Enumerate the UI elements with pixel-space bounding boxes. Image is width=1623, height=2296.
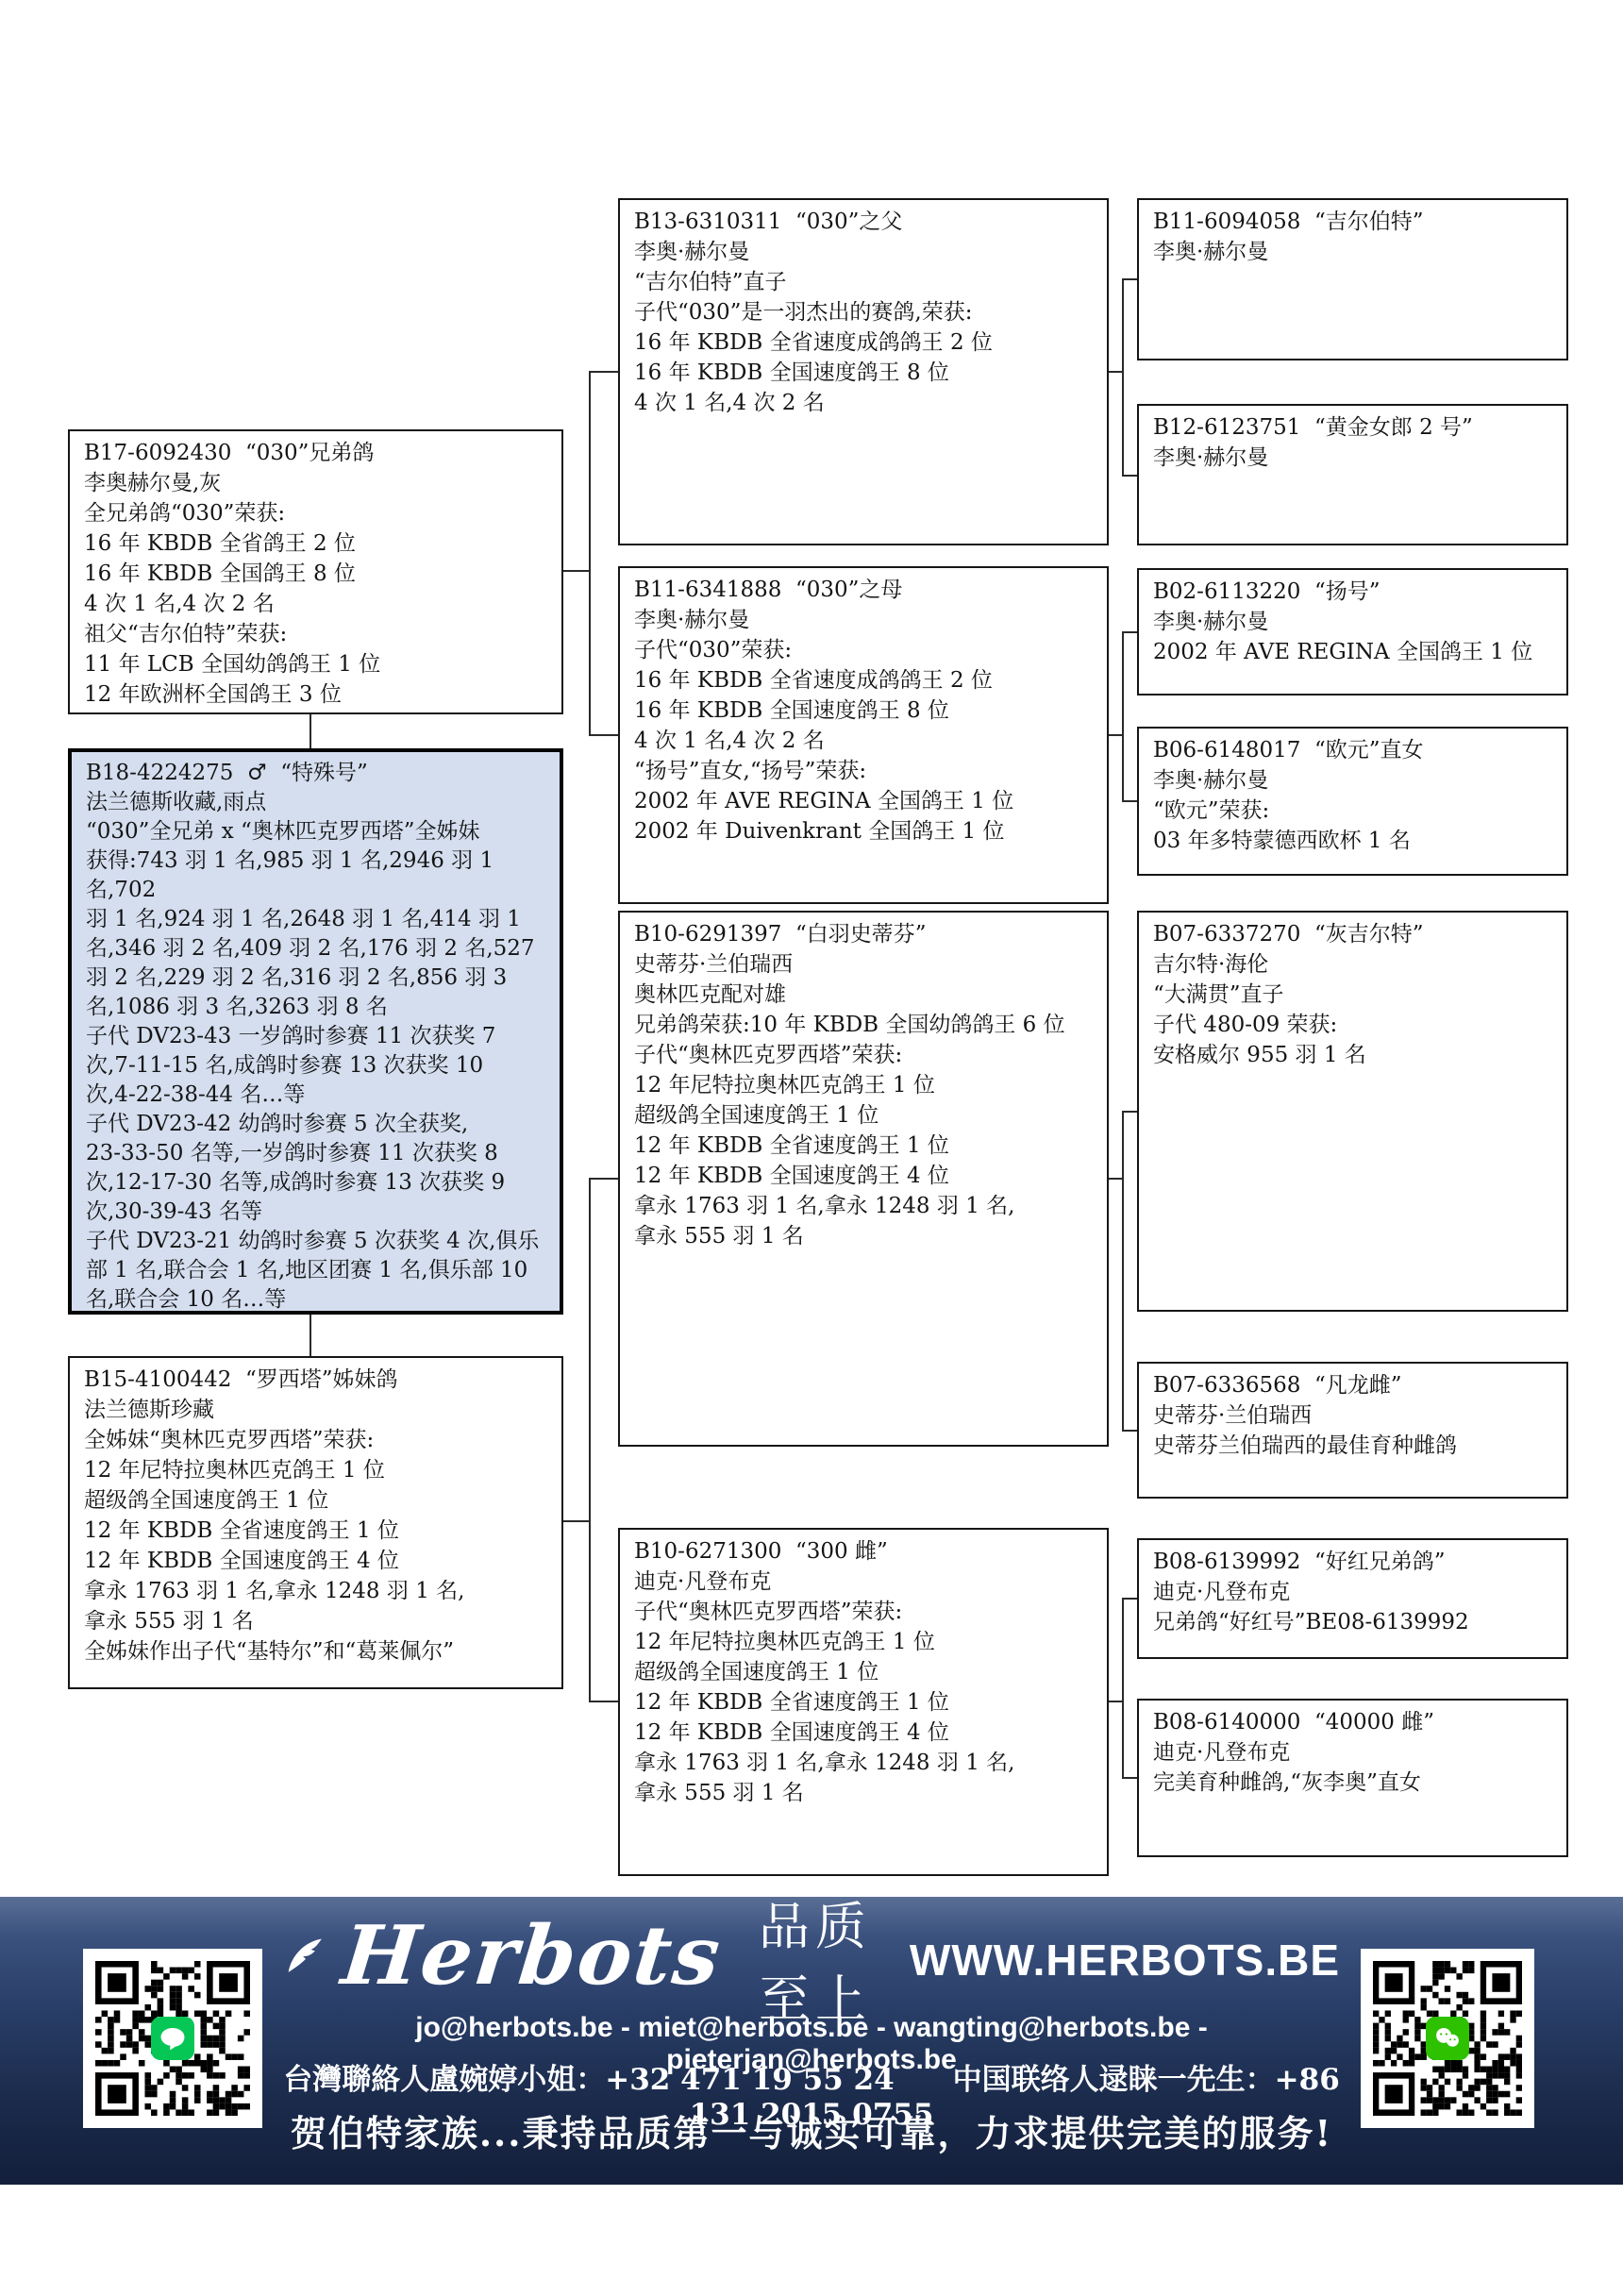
connector-line — [562, 570, 591, 572]
connector-line — [589, 371, 619, 373]
pedigree-box-b12-6123751: B12-6123751 “黄金女郎 2 号” 李奥·赫尔曼 — [1137, 404, 1568, 545]
connector-line — [310, 714, 311, 750]
connector-line — [1122, 278, 1138, 280]
pedigree-box-b11-6341888: B11-6341888 “030”之母 李奥·赫尔曼 子代“030”荣获: 16… — [618, 566, 1109, 904]
connector-line — [1122, 1598, 1124, 1779]
connector-line — [1122, 1777, 1138, 1779]
pedigree-box-b07-6337270: B07-6337270 “灰吉尔特” 吉尔特·海伦 “大满贯”直子 子代 480… — [1137, 911, 1568, 1312]
pedigree-box-b13-6310311: B13-6310311 “030”之父 李奥·赫尔曼 “吉尔伯特”直子 子代“0… — [618, 198, 1109, 545]
connector-line — [1122, 631, 1138, 633]
connector-line — [1122, 278, 1124, 477]
connector-line — [1122, 800, 1138, 802]
brand-slogan: 品质至上 — [738, 1881, 893, 2032]
pedigree-box-b10-6291397: B10-6291397 “白羽史蒂芬” 史蒂芬·兰伯瑞西 奥林匹克配对雄 兄弟鸽… — [618, 911, 1109, 1447]
connector-line — [589, 371, 591, 736]
connector-line — [1122, 1111, 1124, 1432]
pedigree-box-b08-6140000: B08-6140000 “40000 雌” 迪克·凡登布克 完美育种雌鸽,“灰李… — [1137, 1699, 1568, 1857]
connector-line — [589, 734, 619, 736]
wechat-qr-code — [1361, 1949, 1534, 2128]
website-link[interactable]: WWW.HERBOTS.BE — [910, 1927, 1340, 1986]
connector-line — [1122, 631, 1124, 802]
line-qr-code — [83, 1949, 262, 2128]
feather-icon — [283, 1925, 326, 1987]
connector-line — [310, 1313, 311, 1358]
connector-line — [589, 1701, 619, 1702]
footer-logo-row: Herbots 品质至上 WWW.HERBOTS.BE — [283, 1906, 1340, 2006]
connector-line — [589, 1178, 619, 1180]
connector-line — [1122, 1430, 1138, 1432]
footer-tagline: 贺伯特家族...秉持品质第一与诚实可靠，力求提供完美的服务! — [283, 2104, 1340, 2156]
pedigree-box-b02-6113220: B02-6113220 “扬号” 李奥·赫尔曼 2002 年 AVE REGIN… — [1137, 568, 1568, 696]
brand-logo-text: Herbots — [339, 1916, 726, 1997]
pedigree-page: B17-6092430 “030”兄弟鸽 李奥赫尔曼,灰 全兄弟鸽“030”荣获… — [0, 0, 1623, 2296]
pedigree-box-b17-6092430: B17-6092430 “030”兄弟鸽 李奥赫尔曼,灰 全兄弟鸽“030”荣获… — [68, 429, 563, 714]
connector-line — [1122, 1598, 1138, 1600]
connector-line — [562, 1520, 591, 1522]
pedigree-box-b08-6139992: B08-6139992 “好红兄弟鸽” 迪克·凡登布克 兄弟鸽“好红号”BE08… — [1137, 1538, 1568, 1659]
wechat-icon — [1426, 2017, 1469, 2060]
connector-line — [589, 1178, 591, 1702]
pedigree-box-b11-6094058: B11-6094058 “吉尔伯特” 李奥·赫尔曼 — [1137, 198, 1568, 360]
pedigree-box-b10-6271300: B10-6271300 “300 雌” 迪克·凡登布克 子代“奥林匹克罗西塔”荣… — [618, 1528, 1109, 1876]
connector-line — [1122, 1111, 1138, 1113]
line-icon — [151, 2017, 194, 2060]
pedigree-box-b15-4100442: B15-4100442 “罗西塔”姊妹鸽 法兰德斯珍藏 全姊妹“奥林匹克罗西塔”… — [68, 1356, 563, 1689]
connector-line — [1122, 475, 1138, 477]
pedigree-box-subject-b18-4224275: B18-4224275 ♂ “特殊号” 法兰德斯收藏,雨点 “030”全兄弟 x… — [68, 748, 563, 1315]
pedigree-box-b06-6148017: B06-6148017 “欧元”直女 李奥·赫尔曼 “欧元”荣获: 03 年多特… — [1137, 727, 1568, 876]
pedigree-box-b07-6336568: B07-6336568 “凡龙雌” 史蒂芬·兰伯瑞西 史蒂芬兰伯瑞西的最佳育种雌… — [1137, 1362, 1568, 1499]
